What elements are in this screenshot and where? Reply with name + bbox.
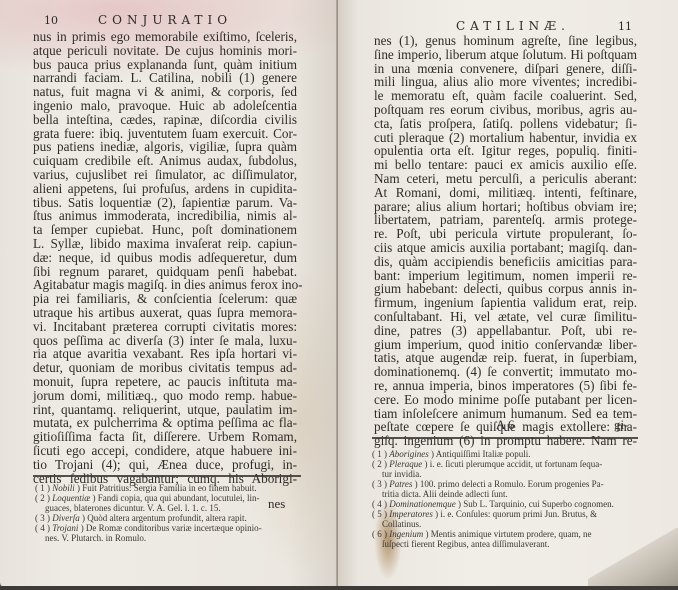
- footnote: ( 2 ) Loquentiæ ) Fandi copia, qua qui a…: [35, 493, 262, 503]
- footnote-mark: ( 4 ): [35, 523, 52, 533]
- running-head: CONJURATIO: [98, 13, 232, 27]
- footnote: nes. V. Plutarch. in Romulo.: [35, 533, 262, 543]
- text-line: cuiquam credibile eſt. Animus audax, ſub…: [33, 154, 297, 168]
- footnote: ( 3 ) Diverſa ) Quòd altera argentum pro…: [35, 513, 262, 523]
- text-line: rint, quantamq. reliquerint, utque, paul…: [33, 403, 297, 417]
- text-line: in una mœnia convenere, diſpari genere, …: [374, 62, 637, 76]
- text-line: At Romani, domi, militiæq. intenti, feſt…: [374, 186, 637, 200]
- footnote-text: ſuſpecti fierent Regibus, antea diſſimul…: [382, 539, 549, 549]
- text-line: jorum domi, militiæq., quo modo remp. ha…: [33, 389, 297, 403]
- text-line: ſicuti ego accepi, condidere, atque habu…: [33, 444, 297, 458]
- text-line: libertatem, patriam, parenteſq. armis pr…: [374, 213, 637, 227]
- text-line: pia rei familiaris, & conſcientia ſceler…: [33, 292, 297, 306]
- footnote: Collatinus.: [372, 519, 614, 529]
- right-body-text: nes (1), genus hominum agreſte, ſine leg…: [374, 34, 637, 448]
- text-line: ta ſemper cupiebat. Hunc, poſt dominatio…: [33, 223, 297, 237]
- footnote-text: ) i. e. Conſules: quorum primi Jun. Brut…: [435, 509, 597, 519]
- footnote-mark: ( 4 ): [372, 499, 389, 509]
- footnote-text: ) Antiquiſſimi Italiæ populi.: [431, 449, 531, 459]
- text-line: gitioſiſſima facta ſit, diſſerere. Urbem…: [33, 430, 297, 444]
- text-line: utraque his artibus auxerat, quas ſupra …: [33, 306, 297, 320]
- footnote-term: Diverſa: [52, 513, 80, 523]
- footnote-text: ) Mentis animique virtutem prodere, quam…: [426, 529, 592, 539]
- footnote-mark: ( 6 ): [372, 529, 389, 539]
- text-line: ſtus animus immoderata, incredibilia, ni…: [33, 209, 297, 223]
- page-bottom-edge: [0, 586, 678, 590]
- text-line: alieni appetens, ſui profuſus, ardens in…: [33, 182, 297, 196]
- text-line: varius, cujuslibet rei ſimulator, ac diſ…: [33, 168, 297, 182]
- footnote: ſuſpecti fierent Regibus, antea diſſimul…: [372, 539, 614, 549]
- footnote-text: ) Quòd altera argentum profundit, altera…: [82, 513, 247, 523]
- text-line: nus in primis ego memorabile exiſtimo, ſ…: [33, 30, 297, 44]
- text-line: Nam ceteri, metu perculſi, a periculis a…: [374, 172, 637, 186]
- footnote: ( 5 ) Imperatores ) i. e. Conſules: quor…: [372, 509, 614, 519]
- text-line: dominationemq. (4) ſe convertit; immutat…: [374, 365, 637, 379]
- right-page: CATILINÆ. 11 nes (1), genus hominum agre…: [338, 0, 678, 588]
- text-line: re. Poſt, ubi pericula virtute propulera…: [374, 227, 637, 241]
- text-line: tibus. Satis loquentiæ (2), ſapientiæ pa…: [33, 196, 297, 210]
- footnote-term: Dominationemque: [389, 499, 456, 509]
- text-line: nes (1), genus hominum agreſte, ſine leg…: [374, 34, 637, 48]
- running-head: CATILINÆ.: [456, 19, 570, 33]
- text-line: ria atque avaritia vexabant. Res ipſa ho…: [33, 347, 297, 361]
- text-line: natus, fuit magna vi & animi, & corporis…: [33, 85, 297, 99]
- footnote-term: Trojani: [52, 523, 78, 533]
- text-line: cta, ſatis proſpera, ſatiſq. pollens vid…: [374, 117, 637, 131]
- footnote-mark: ( 2 ): [372, 459, 389, 469]
- text-line: grata fuere: ibiq. juventutem ſuam exerc…: [33, 127, 297, 141]
- text-line: ciis atque amicis auxilia portabant; mag…: [374, 241, 637, 255]
- footnote: ( 1 ) Nobili ) Fuit Patritius: Sergia Fa…: [35, 483, 262, 493]
- footnote: tur invidia.: [372, 469, 614, 479]
- footnote-mark: ( 1 ): [35, 483, 52, 493]
- footnote-term: Patres: [389, 479, 412, 489]
- footnote-text: tur invidia.: [382, 469, 422, 479]
- signature-mark: A 6: [496, 417, 514, 433]
- left-body-text: nus in primis ego memorabile exiſtimo, ſ…: [33, 30, 297, 485]
- text-line: ingenio malo, pravoque. Huic ab adoleſce…: [33, 99, 297, 113]
- text-line: dine, patres (3) appellabantur. Poſt, ub…: [374, 324, 637, 338]
- left-page: 10 CONJURATIO nus in primis ego memorabi…: [0, 0, 338, 588]
- text-line: dæ: neque, id quibus modis adſequeretur,…: [33, 251, 297, 265]
- page-number: 10: [44, 14, 58, 27]
- footnote: tritia dicta. Alii deinde adlecti ſunt.: [372, 489, 614, 499]
- footnote: ( 3 ) Patres ) 100. primo delecti a Romu…: [372, 479, 614, 489]
- footnote-text: Collatinus.: [382, 519, 421, 529]
- book-spread: 10 CONJURATIO nus in primis ego memorabi…: [0, 0, 678, 590]
- text-line: poſtquam res eorum civibus, moribus, agr…: [374, 103, 637, 117]
- text-line: bella inteſtina, cædes, rapinæ, diſcordi…: [33, 113, 297, 127]
- text-line: ſine imperio, liberum atque ſolutum. Hi …: [374, 48, 637, 62]
- footnote-text: ) De Romæ conditoribus variæ incertæque …: [81, 523, 262, 533]
- footnote-term: Loquentiæ: [52, 493, 90, 503]
- footnote: guaces, blaterones dicuntur. V. A. Gel. …: [35, 503, 262, 513]
- footnote-mark: ( 3 ): [35, 513, 52, 523]
- page-curl: [588, 528, 678, 588]
- footnote-text: nes. V. Plutarch. in Romulo.: [45, 533, 146, 543]
- footnote-term: Pleraque: [389, 459, 422, 469]
- text-line: cere. Eo modo minime poſſe putabant per …: [374, 393, 637, 407]
- footnote-mark: ( 3 ): [372, 479, 389, 489]
- footnote-text: ) Fuit Patritius: Sergia Familia in eo f…: [77, 483, 257, 493]
- footnote-rule: [33, 475, 301, 477]
- text-line: mutata, ex pulcherrima & optima peſſima …: [33, 416, 297, 430]
- footnote-mark: ( 2 ): [35, 493, 52, 503]
- footnote-term: Ingenium: [389, 529, 423, 539]
- footnote-text: ) Sub L. Tarquinio, cui Superbo cognomen…: [458, 499, 614, 509]
- footnote-term: Nobili: [52, 483, 75, 493]
- text-line: firmum, ingenium ſapientia validum erat,…: [374, 296, 637, 310]
- footnote-text: ) Fandi copia, qua qui abundant, locutul…: [93, 493, 260, 503]
- text-line: mili lingua, alius alio more viventes; i…: [374, 75, 637, 89]
- footnote: ( 4 ) Dominationemque ) Sub L. Tarquinio…: [372, 499, 614, 509]
- text-line: pus patiens inediæ, algoris, vigiliæ, ſu…: [33, 140, 297, 154]
- footnote-text: ) i. e. ſicuti plerumque accidit, ut for…: [425, 459, 603, 469]
- text-line: dis, quàm accipiendis beneficiis amiciti…: [374, 255, 637, 269]
- footnote-mark: ( 1 ): [372, 449, 389, 459]
- page-number: 11: [618, 20, 632, 33]
- text-line: le memoratu eſt, quàm facile coaluerint.…: [374, 89, 637, 103]
- text-line: narrandi faciam. L. Catilina, nobili (1)…: [33, 71, 297, 85]
- footnote-text: tritia dicta. Alii deinde adlecti ſunt.: [382, 489, 508, 499]
- footnote-term: Imperatores: [389, 509, 433, 519]
- text-line: detur, quoniam de moribus civitatis temp…: [33, 361, 297, 375]
- footnote: ( 1 ) Aborigines ) Antiquiſſimi Italiæ p…: [372, 449, 614, 459]
- text-line: tatis, atque augendæ reip. fuerat, in ſu…: [374, 351, 637, 365]
- text-line: L. Syllæ, libido maxima invaſerat reip. …: [33, 237, 297, 251]
- text-line: vi. Incitabant præterea corrupti civitat…: [33, 320, 297, 334]
- footnote-text: ) 100. primo delecti a Romulo. Eorum pro…: [415, 479, 604, 489]
- text-line: Agitabatur magis magiſq. in dies animus …: [33, 278, 297, 292]
- left-catchword: nes: [268, 496, 285, 512]
- footnote-term: Aborigines: [389, 449, 429, 459]
- footnote-rule: [372, 437, 638, 439]
- text-line: re, annua imperia, binos imperatores (5)…: [374, 379, 637, 393]
- text-line: conſultabant. Hi, vel ætate, vel curæ ſi…: [374, 310, 637, 324]
- left-footnotes: ( 1 ) Nobili ) Fuit Patritius: Sergia Fa…: [35, 483, 262, 543]
- text-line: monuit, ſupra repetere, ac paucis inſtit…: [33, 375, 297, 389]
- text-line: bant: imperium legitimum, nomen imperii …: [374, 269, 637, 283]
- text-line: cuti pleraque (2) mortalium habentur, in…: [374, 131, 637, 145]
- text-line: mi bello tentare: pauci ex amicis auxili…: [374, 158, 637, 172]
- footnote-mark: ( 5 ): [372, 509, 389, 519]
- text-line: parare; alius alium hortari; hoſtibus ob…: [374, 200, 637, 214]
- right-catchword: gi-: [614, 417, 628, 433]
- footnote: ( 4 ) Trojani ) De Romæ conditoribus var…: [35, 523, 262, 533]
- text-line: bus pauca prius explananda ſunt, quàm in…: [33, 58, 297, 72]
- text-line: ſibi regnum pararet, quidquam penſi habe…: [33, 265, 297, 279]
- text-line: gium imperium, quod initio conſervandæ l…: [374, 338, 637, 352]
- text-line: tio Trojani (4); qui, Ænea duce, profugi…: [33, 458, 297, 472]
- text-line: atque periculi novitate. De cujus homini…: [33, 44, 297, 58]
- footnote: ( 6 ) Ingenium ) Mentis animique virtute…: [372, 529, 614, 539]
- text-line: gium habebant: delecti, quibus corpus an…: [374, 282, 637, 296]
- text-line: opulentia orta eſt. Igitur reges, populi…: [374, 144, 637, 158]
- right-footnotes: ( 1 ) Aborigines ) Antiquiſſimi Italiæ p…: [372, 449, 614, 549]
- footnote: ( 2 ) Pleraque ) i. e. ſicuti plerumque …: [372, 459, 614, 469]
- footnote-text: guaces, blaterones dicuntur. V. A. Gel. …: [45, 503, 221, 513]
- text-line: quos peſſima ac diverſa (3) inter ſe mal…: [33, 334, 297, 348]
